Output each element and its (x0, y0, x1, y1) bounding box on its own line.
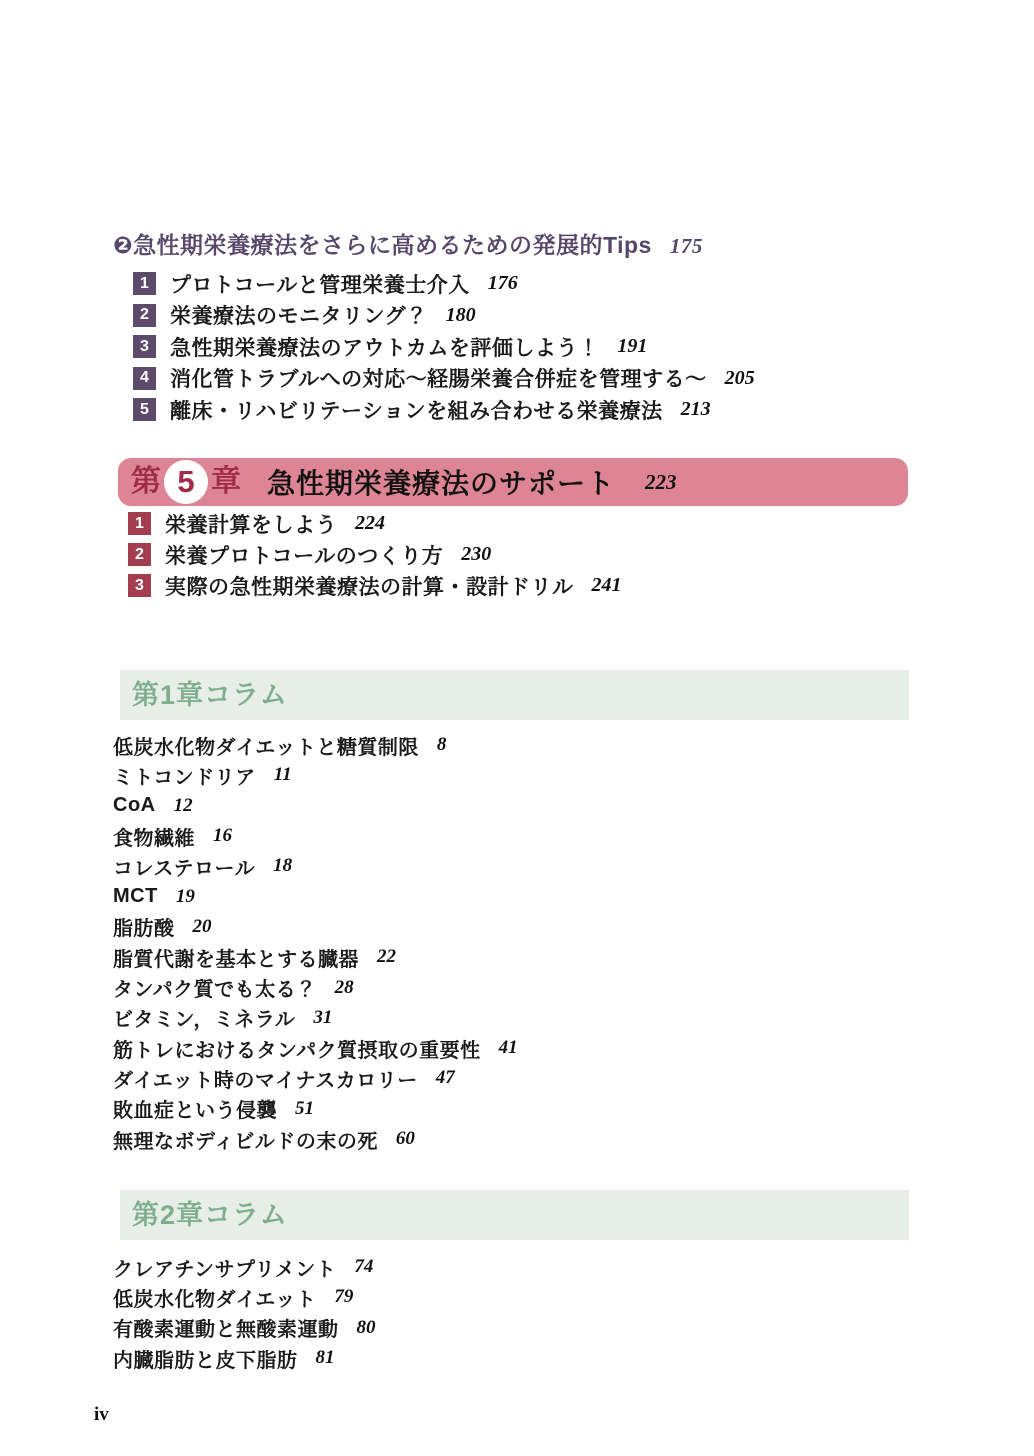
item-label: 離床・リハビリテーションを組み合わせる栄養療法 (170, 395, 663, 425)
circled-2-icon: ❷ (113, 232, 133, 258)
item-page-number: 41 (499, 1037, 518, 1059)
item-page-number: 28 (335, 977, 354, 999)
item-label: タンパク質でも太る？ (113, 973, 317, 1002)
toc-entry: 2 栄養プロトコールのつくり方 230 (128, 539, 622, 570)
item-page-number: 8 (437, 734, 447, 756)
item-number-badge: 5 (133, 398, 156, 421)
item-label: 筋トレにおけるタンパク質摂取の重要性 (113, 1034, 481, 1063)
chapter-number-circle: 5 (164, 460, 208, 504)
toc-entry: 3 急性期栄養療法のアウトカムを評価しよう！ 191 (133, 331, 755, 363)
column-section-1-list: 低炭水化物ダイエットと糖質制限 8 ミトコンドリア 11 CoA 12 食物繊維… (113, 730, 518, 1154)
item-page-number: 18 (273, 855, 292, 877)
item-page-number: 176 (488, 272, 518, 295)
item-label: 無理なボディビルドの末の死 (113, 1125, 378, 1154)
item-label: CoA (113, 794, 156, 817)
item-page-number: 60 (396, 1128, 415, 1150)
column-entry: 有酸素運動と無酸素運動 80 (113, 1313, 376, 1343)
item-page-number: 16 (213, 825, 232, 847)
item-page-number: 19 (176, 886, 195, 908)
column-entry: 脂肪酸 20 (113, 912, 518, 942)
item-page-number: 191 (617, 335, 647, 358)
item-label: 食物繊維 (113, 822, 195, 851)
chapter-5-entry-list: 1 栄養計算をしよう 224 2 栄養プロトコールのつくり方 230 3 実際の… (128, 508, 622, 601)
column-entry: 低炭水化物ダイエットと糖質制限 8 (113, 730, 518, 760)
item-number-badge: 4 (133, 367, 156, 390)
toc-entry: 3 実際の急性期栄養療法の計算・設計ドリル 241 (128, 570, 622, 601)
item-label: 有酸素運動と無酸素運動 (113, 1313, 339, 1342)
column-section-2-band: 第2章コラム (120, 1190, 909, 1240)
item-label: 脂肪酸 (113, 912, 175, 941)
item-page-number: 47 (436, 1067, 455, 1089)
page-number-footer: iv (94, 1404, 109, 1426)
item-label: MCT (113, 885, 158, 908)
item-page-number: 20 (193, 916, 212, 938)
item-number-badge: 1 (133, 272, 156, 295)
tips-section-title: 急性期栄養療法をさらに高めるための発展的Tips (133, 232, 652, 258)
column-entry: 低炭水化物ダイエット 79 (113, 1282, 376, 1312)
tips-section-page-number: 175 (670, 234, 703, 258)
item-page-number: 81 (316, 1347, 335, 1369)
item-label: 消化管トラブルへの対応〜経腸栄養合併症を管理する〜 (170, 363, 707, 393)
item-label: 脂質代謝を基本とする臓器 (113, 943, 359, 972)
tips-entry-list: 1 プロトコールと管理栄養士介入 176 2 栄養療法のモニタリング？ 180 … (133, 268, 755, 426)
column-entry: 無理なボディビルドの末の死 60 (113, 1124, 518, 1154)
column-entry: ダイエット時のマイナスカロリー 47 (113, 1063, 518, 1093)
item-number-badge: 2 (133, 304, 156, 327)
chapter-page-number: 223 (645, 470, 677, 495)
item-page-number: 241 (592, 574, 622, 597)
column-entry: コレステロール 18 (113, 851, 518, 881)
column-entry: タンパク質でも太る？ 28 (113, 972, 518, 1002)
item-label: クレアチンサプリメント (113, 1253, 336, 1282)
item-label: 低炭水化物ダイエットと糖質制限 (113, 731, 419, 760)
item-page-number: 230 (461, 543, 491, 566)
item-label: 内臓脂肪と皮下脂肪 (113, 1344, 298, 1373)
item-label: 栄養プロトコールのつくり方 (165, 540, 443, 570)
column-section-2-heading: 第2章コラム (120, 1190, 909, 1240)
column-entry: 敗血症という侵襲 51 (113, 1094, 518, 1124)
item-page-number: 31 (313, 1007, 332, 1029)
toc-entry: 1 栄養計算をしよう 224 (128, 508, 622, 539)
column-entry: 内臓脂肪と皮下脂肪 81 (113, 1343, 376, 1373)
chapter-prefix: 第 (131, 467, 161, 497)
column-entry: 脂質代謝を基本とする臓器 22 (113, 942, 518, 972)
item-page-number: 224 (355, 512, 385, 535)
column-section-2-list: クレアチンサプリメント 74 低炭水化物ダイエット 79 有酸素運動と無酸素運動… (113, 1252, 376, 1373)
column-section-1-band: 第1章コラム (120, 670, 909, 720)
column-entry: 食物繊維 16 (113, 821, 518, 851)
item-number-badge: 1 (128, 512, 151, 535)
column-entry: MCT 19 (113, 881, 518, 911)
column-entry: クレアチンサプリメント 74 (113, 1252, 376, 1282)
item-label: コレステロール (113, 852, 255, 881)
item-label: プロトコールと管理栄養士介入 (170, 269, 470, 299)
item-page-number: 74 (354, 1256, 373, 1278)
item-label: 急性期栄養療法のアウトカムを評価しよう！ (170, 332, 599, 362)
column-entry: 筋トレにおけるタンパク質摂取の重要性 41 (113, 1033, 518, 1063)
tips-section-heading: ❷急性期栄養療法をさらに高めるための発展的Tips175 (113, 227, 703, 260)
item-page-number: 213 (681, 398, 711, 421)
item-label: 敗血症という侵襲 (113, 1094, 277, 1123)
toc-entry: 1 プロトコールと管理栄養士介入 176 (133, 268, 755, 300)
item-page-number: 11 (274, 764, 292, 786)
item-page-number: 80 (357, 1317, 376, 1339)
item-page-number: 79 (334, 1286, 353, 1308)
column-entry: ビタミン，ミネラル 31 (113, 1003, 518, 1033)
item-label: 実際の急性期栄養療法の計算・設計ドリル (165, 571, 574, 601)
item-page-number: 51 (295, 1098, 314, 1120)
item-label: ダイエット時のマイナスカロリー (113, 1064, 418, 1093)
toc-entry: 5 離床・リハビリテーションを組み合わせる栄養療法 213 (133, 394, 755, 426)
item-label: ビタミン，ミネラル (113, 1003, 295, 1032)
item-page-number: 22 (377, 946, 396, 968)
chapter-suffix: 章 (211, 467, 241, 497)
chapter-title: 急性期栄養療法のサポート (267, 462, 615, 502)
column-section-1-heading: 第1章コラム (120, 670, 909, 720)
item-number-badge: 3 (128, 574, 151, 597)
item-label: ミトコンドリア (113, 761, 256, 790)
item-number-badge: 3 (133, 335, 156, 358)
column-entry: CoA 12 (113, 791, 518, 821)
column-entry: ミトコンドリア 11 (113, 760, 518, 790)
item-label: 低炭水化物ダイエット (113, 1283, 316, 1312)
chapter-5-header-band: 第 5 章 急性期栄養療法のサポート 223 (118, 458, 908, 506)
toc-entry: 2 栄養療法のモニタリング？ 180 (133, 300, 755, 332)
toc-entry: 4 消化管トラブルへの対応〜経腸栄養合併症を管理する〜 205 (133, 363, 755, 395)
item-page-number: 12 (174, 795, 193, 817)
item-page-number: 180 (446, 304, 476, 327)
item-label: 栄養療法のモニタリング？ (170, 300, 428, 330)
item-page-number: 205 (725, 367, 755, 390)
item-label: 栄養計算をしよう (165, 509, 337, 539)
item-number-badge: 2 (128, 543, 151, 566)
